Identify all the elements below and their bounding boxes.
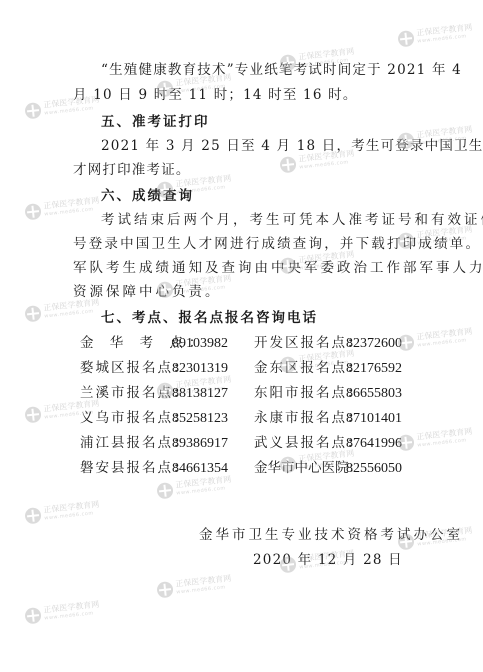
section-5-line-2: 才网打印准考证。 [73, 161, 191, 179]
watermark: 正保医学教育网www.med66.com [397, 427, 467, 456]
section-5-line-1: 2021 年 3 月 25 日至 4 月 18 日，考生可登录中国卫生人 [101, 137, 483, 155]
watermark-logo-icon [156, 482, 174, 500]
contact-phone: 82556050 [346, 460, 402, 478]
contact-label: 婺城区报名点： [80, 359, 172, 377]
contact-label: 金东区报名点： [254, 359, 346, 377]
watermark: 正保医学教育网www.med66.com [24, 196, 94, 225]
contact-phone: 84661354 [172, 460, 246, 478]
contact-row: 兰溪市报名点：88138127东阳市报名点：86655803 [80, 384, 402, 403]
contact-label: 永康市报名点： [254, 409, 346, 427]
watermark: 正保医学教育网www.med66.com [24, 600, 94, 629]
contact-label: 东阳市报名点： [254, 384, 346, 402]
watermark-logo-icon [279, 156, 297, 174]
contact-row: 婺城区报名点：82301319金东区报名点：82176592 [80, 359, 402, 378]
contact-phone: 82301319 [172, 360, 246, 378]
contact-label: 开发区报名点： [254, 334, 346, 352]
issuing-office: 金华市卫生专业技术资格考试办公室 [199, 526, 463, 544]
contact-phone: 82372600 [346, 335, 402, 353]
section-6-heading: 六、成绩查询 [101, 187, 194, 205]
section-6-line-1: 考试结束后两个月，考生可凭本人准考证号和有效证件 [101, 211, 483, 229]
watermark-logo-icon [156, 581, 174, 599]
contact-phone: 82176592 [346, 360, 402, 378]
watermark-logo-icon [24, 203, 42, 221]
watermark: 正保医学教育网www.med66.com [24, 298, 94, 327]
section-6-line-3: 军队考生成绩通知及查询由中央军委政治工作部军事人力 [73, 259, 483, 277]
contact-row: 义乌市报名点：85258123永康市报名点：87101401 [80, 409, 402, 428]
contact-row: 浦江县报名点：89386917武义县报名点：87641996 [80, 434, 402, 453]
section-6-line-4: 资源保障中心负责。 [73, 283, 222, 301]
contact-phone: 87101401 [346, 410, 402, 428]
contact-label: 磐安县报名点： [80, 459, 172, 477]
contact-phone: 85258123 [172, 410, 246, 428]
contact-label: 金 华 考 点： [80, 334, 172, 352]
contact-label: 武义县报名点： [254, 434, 346, 452]
section-6-line-2: 号登录中国卫生人才网进行成绩查询，并下载打印成绩单。 [73, 235, 481, 253]
exam-time-line-2: 月 10 日 9 时至 11 时；14 时至 16 时。 [73, 86, 358, 104]
watermark: 正保医学教育网www.med66.com [156, 574, 226, 603]
watermark: 正保医学教育网www.med66.com [24, 500, 94, 529]
contact-label: 金华市中心医院： [254, 459, 346, 477]
contact-phone: 89386917 [172, 435, 246, 453]
contact-phone: 88138127 [172, 385, 246, 403]
watermark-logo-icon [24, 507, 42, 525]
section-5-heading: 五、准考证打印 [101, 113, 210, 131]
watermark-logo-icon [24, 406, 42, 424]
contact-phone: 89103982 [172, 335, 246, 353]
contact-row: 金 华 考 点：89103982开发区报名点：82372600 [80, 334, 402, 353]
contact-phone: 87641996 [346, 435, 402, 453]
watermark: 正保医学教育网www.med66.com [397, 23, 467, 52]
contact-row: 磐安县报名点：84661354金华市中心医院：82556050 [80, 459, 402, 478]
watermark: 正保医学教育网www.med66.com [156, 475, 226, 504]
watermark-logo-icon [24, 607, 42, 625]
watermark-logo-icon [397, 30, 415, 48]
contact-label: 义乌市报名点： [80, 409, 172, 427]
contact-label: 浦江县报名点： [80, 434, 172, 452]
exam-time-line-1: “生殖健康教育技术”专业纸笔考试时间定于 2021 年 4 [101, 61, 462, 79]
contact-phone: 86655803 [346, 385, 402, 403]
issue-date: 2020 年 12 月 28 日 [253, 551, 403, 569]
watermark: 正保医学教育网www.med66.com [397, 327, 467, 356]
section-7-heading: 七、考点、报名点报名咨询电话 [101, 309, 318, 327]
watermark-logo-icon [24, 305, 42, 323]
watermark-logo-icon [24, 102, 42, 120]
contact-label: 兰溪市报名点： [80, 384, 172, 402]
